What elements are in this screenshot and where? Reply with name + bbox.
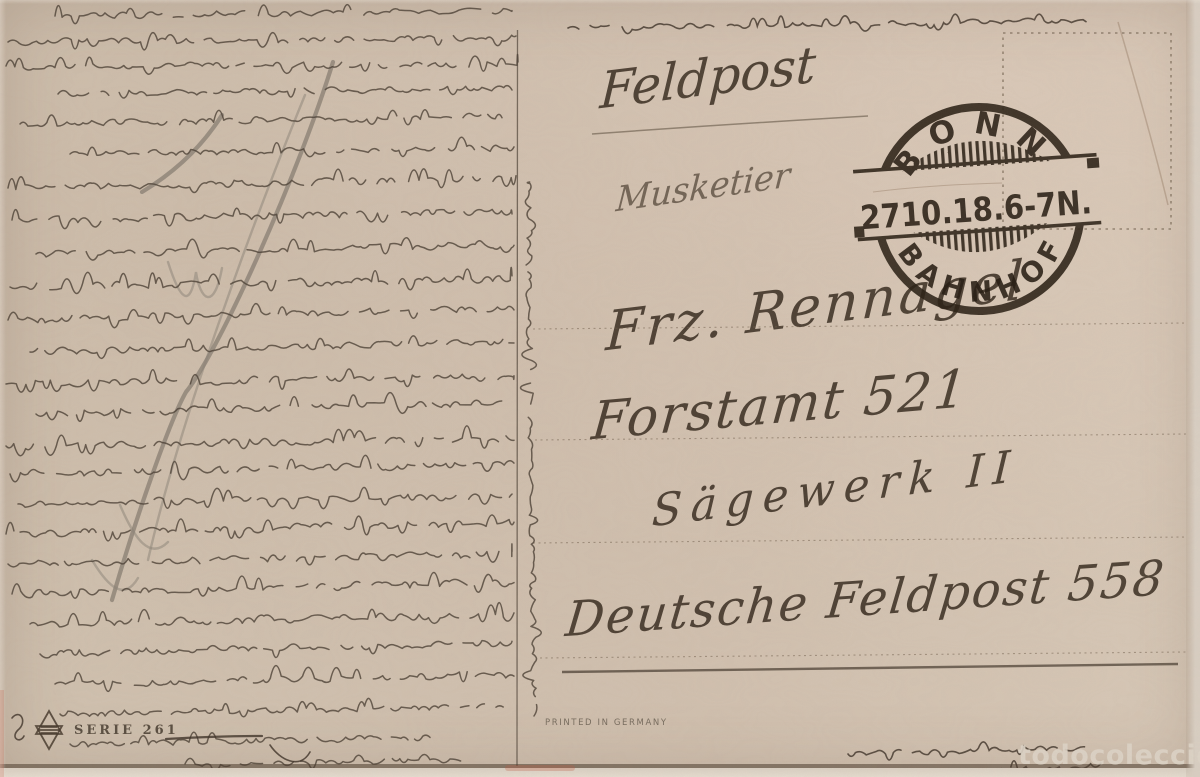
printed-in-germany-imprint: PRINTED IN GERMANY (545, 718, 668, 728)
star-logo-icon (28, 708, 70, 752)
red-smudge (505, 765, 575, 771)
postcard-scan: Dense handwritten message in old German … (0, 0, 1200, 777)
serie-imprint: SERIE 261 (28, 708, 179, 752)
serie-imprint-label: SERIE 261 (74, 723, 179, 738)
watermark-text: todocoleccion (1018, 740, 1200, 771)
card-left-edge (0, 0, 6, 777)
card-right-edge (1186, 0, 1200, 777)
card-top-edge (0, 0, 1200, 4)
red-edge-tint (0, 690, 4, 777)
